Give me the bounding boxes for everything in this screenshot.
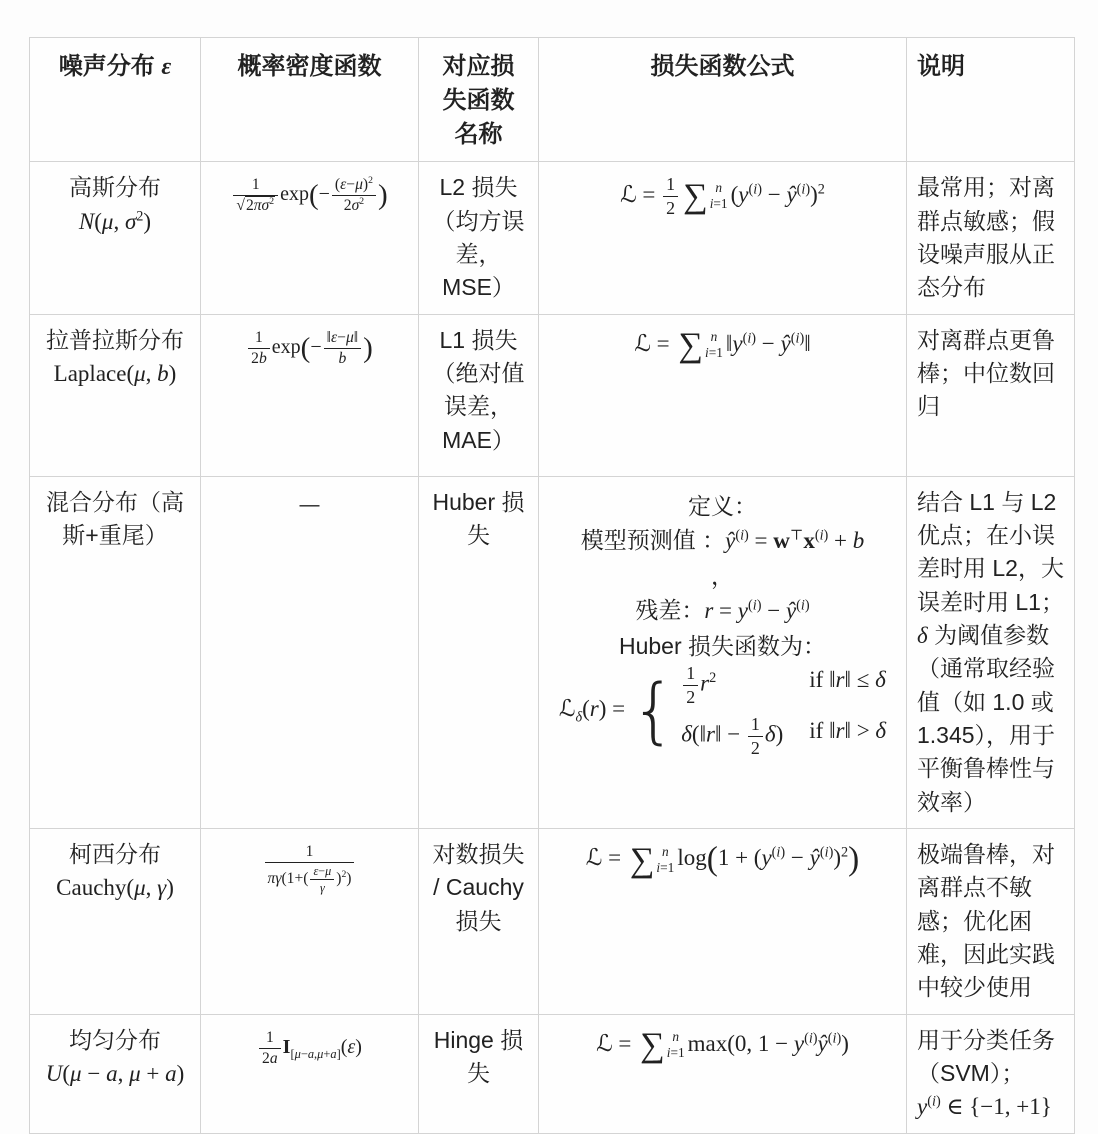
cell-pdf: 1πγ(1+(ε−μγ)2) — [201, 829, 419, 1015]
table-row-cauchy: 柯西分布Cauchy(μ, γ) 1πγ(1+(ε−μγ)2) 对数损失 / C… — [30, 829, 1075, 1015]
cell-loss-name: Hinge 损失 — [419, 1014, 539, 1133]
cell-formula: ℒ = 12∑ni=1(y(i) − ŷ(i))2 — [539, 162, 907, 314]
cell-loss-name: L1 损失（绝对值误差，MAE） — [419, 314, 539, 476]
column-header-loss-formula: 损失函数公式 — [539, 38, 907, 162]
table-header-row: 噪声分布 ε 概率密度函数 对应损失函数名称 损失函数公式 说明 — [30, 38, 1075, 162]
cell-formula: 定义：模型预测值 ：ŷ(i) = w⊤x(i) + b，残差：r = y(i) … — [539, 476, 907, 828]
cell-loss-name: 对数损失 / Cauchy 损失 — [419, 829, 539, 1015]
cell-distribution: 高斯分布N(μ, σ2) — [30, 162, 201, 314]
cell-formula: ℒ = ∑ni=1‖y(i) − ŷ(i)‖ — [539, 314, 907, 476]
cell-pdf: — — [201, 476, 419, 828]
table-row-laplace: 拉普拉斯分布Laplace(μ, b) 12bexp(−‖ε−μ‖b) L1 损… — [30, 314, 1075, 476]
cell-loss-name: Huber 损失 — [419, 476, 539, 828]
cell-formula: ℒ = ∑ni=1max(0, 1 − y(i)ŷ(i)) — [539, 1014, 907, 1133]
cell-distribution: 拉普拉斯分布Laplace(μ, b) — [30, 314, 201, 476]
column-header-loss-name: 对应损失函数名称 — [419, 38, 539, 162]
cell-distribution: 柯西分布Cauchy(μ, γ) — [30, 829, 201, 1015]
cell-pdf: 12aI[μ−a,μ+a](ε) — [201, 1014, 419, 1133]
cell-note: 对离群点更鲁棒；中位数回归 — [907, 314, 1075, 476]
cell-pdf: 1√2πσ2exp(−(ε−μ)22σ2) — [201, 162, 419, 314]
cell-note: 用于分类任务（SVM）；y(i) ∈ {−1, +1} — [907, 1014, 1075, 1133]
column-header-notes: 说明 — [907, 38, 1075, 162]
document-body: 噪声分布 ε 概率密度函数 对应损失函数名称 损失函数公式 说明 高斯分布N(μ… — [29, 37, 1075, 1134]
cell-note: 结合 L1 与 L2 优点；在小误差时用 L2，大误差时用 L1；δ 为阈值参数… — [907, 476, 1075, 828]
cell-pdf: 12bexp(−‖ε−μ‖b) — [201, 314, 419, 476]
table-body: 高斯分布N(μ, σ2) 1√2πσ2exp(−(ε−μ)22σ2) L2 损失… — [30, 162, 1075, 1134]
column-header-pdf: 概率密度函数 — [201, 38, 419, 162]
column-header-noise-distribution: 噪声分布 ε — [30, 38, 201, 162]
cell-note: 极端鲁棒，对离群点不敏感；优化困难，因此实践中较少使用 — [907, 829, 1075, 1015]
cell-formula: ℒ = ∑ni=1log(1 + (y(i) − ŷ(i))2) — [539, 829, 907, 1015]
cell-distribution: 混合分布（高斯+重尾） — [30, 476, 201, 828]
noise-distribution-loss-table: 噪声分布 ε 概率密度函数 对应损失函数名称 损失函数公式 说明 高斯分布N(μ… — [29, 37, 1075, 1134]
cell-distribution: 均匀分布U(μ − a, μ + a) — [30, 1014, 201, 1133]
table-row-mixed-huber: 混合分布（高斯+重尾） — Huber 损失 定义：模型预测值 ：ŷ(i) = … — [30, 476, 1075, 828]
table-row-gaussian: 高斯分布N(μ, σ2) 1√2πσ2exp(−(ε−μ)22σ2) L2 损失… — [30, 162, 1075, 314]
cell-note: 最常用；对离群点敏感；假设噪声服从正态分布 — [907, 162, 1075, 314]
table-row-uniform: 均匀分布U(μ − a, μ + a) 12aI[μ−a,μ+a](ε) Hin… — [30, 1014, 1075, 1133]
cell-loss-name: L2 损失（均方误差，MSE） — [419, 162, 539, 314]
